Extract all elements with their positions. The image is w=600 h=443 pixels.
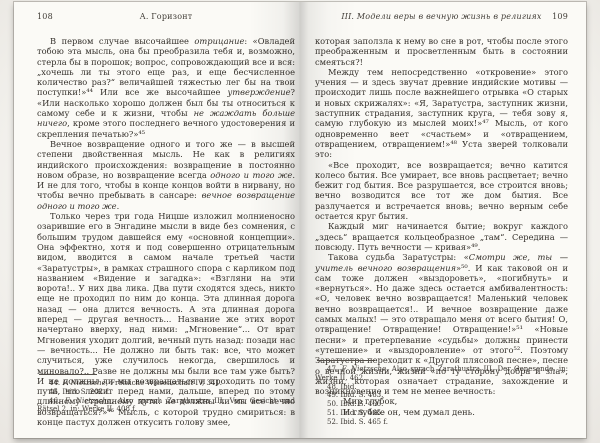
body-paragraph: «Все проходит, все возвращается; вечно к… (315, 160, 568, 222)
left-page: 108 А. Горизонт В первом случае высочайш… (37, 2, 295, 438)
footnote: 49. Ibid. S. 463. (315, 391, 568, 400)
right-footnote-list: 47. F. Nietzsche, Also sprach Zarathustr… (315, 365, 568, 427)
left-page-header: 108 А. Горизонт (37, 12, 295, 24)
photo-background: 108 А. Горизонт В первом случае высочайш… (0, 0, 600, 443)
right-page: III. Модели веры в вечную жизнь в религи… (315, 2, 568, 438)
footnote: 46. F. Nietzsche, Also sprach Zarathustr… (37, 397, 295, 415)
footnote: 45. Ibid. S. 202 f. (37, 388, 295, 397)
footnote: 51. Ibid. S. 465. (315, 409, 568, 418)
footnote-rule (317, 360, 375, 361)
left-page-body: В первом случае высочайшее отрицание: «О… (37, 36, 295, 427)
footnote: 44. F. Nietzsche, Fröhliche Wissenschaft… (37, 379, 295, 388)
footnote-rule (39, 374, 97, 375)
right-page-footnotes: 47. F. Nietzsche, Also sprach Zarathustr… (315, 360, 568, 427)
body-paragraph: Между тем непосредственно «откровение» э… (315, 67, 568, 160)
left-running-head: А. Горизонт (37, 12, 295, 21)
body-paragraph: Каждый миг начинается бытие; вокруг кажд… (315, 221, 568, 252)
left-footnote-list: 44. F. Nietzsche, Fröhliche Wissenschaft… (37, 379, 295, 414)
body-paragraph: Вечное возвращение одного и того же — в … (37, 139, 295, 211)
body-paragraph: В первом случае высочайшее отрицание: «О… (37, 36, 295, 139)
right-page-number: 109 (552, 12, 568, 21)
left-page-footnotes: 44. F. Nietzsche, Fröhliche Wissenschaft… (37, 374, 295, 414)
body-paragraph: которая заползла к нему во сне в рот, чт… (315, 36, 568, 67)
left-page-number: 108 (37, 12, 53, 21)
right-running-head: III. Модели веры в вечную жизнь в религи… (315, 12, 568, 21)
footnote: 50. Ibid. S. 466. (315, 400, 568, 409)
book-spread: 108 А. Горизонт В первом случае высочайш… (14, 2, 586, 438)
footnote: 47. F. Nietzsche, Also sprach Zarathustr… (315, 365, 568, 383)
footnote: 48. Ibid. (315, 383, 568, 392)
footnote: 52. Ibid. S. 465 f. (315, 418, 568, 427)
right-page-header: III. Модели веры в вечную жизнь в религи… (315, 12, 568, 24)
